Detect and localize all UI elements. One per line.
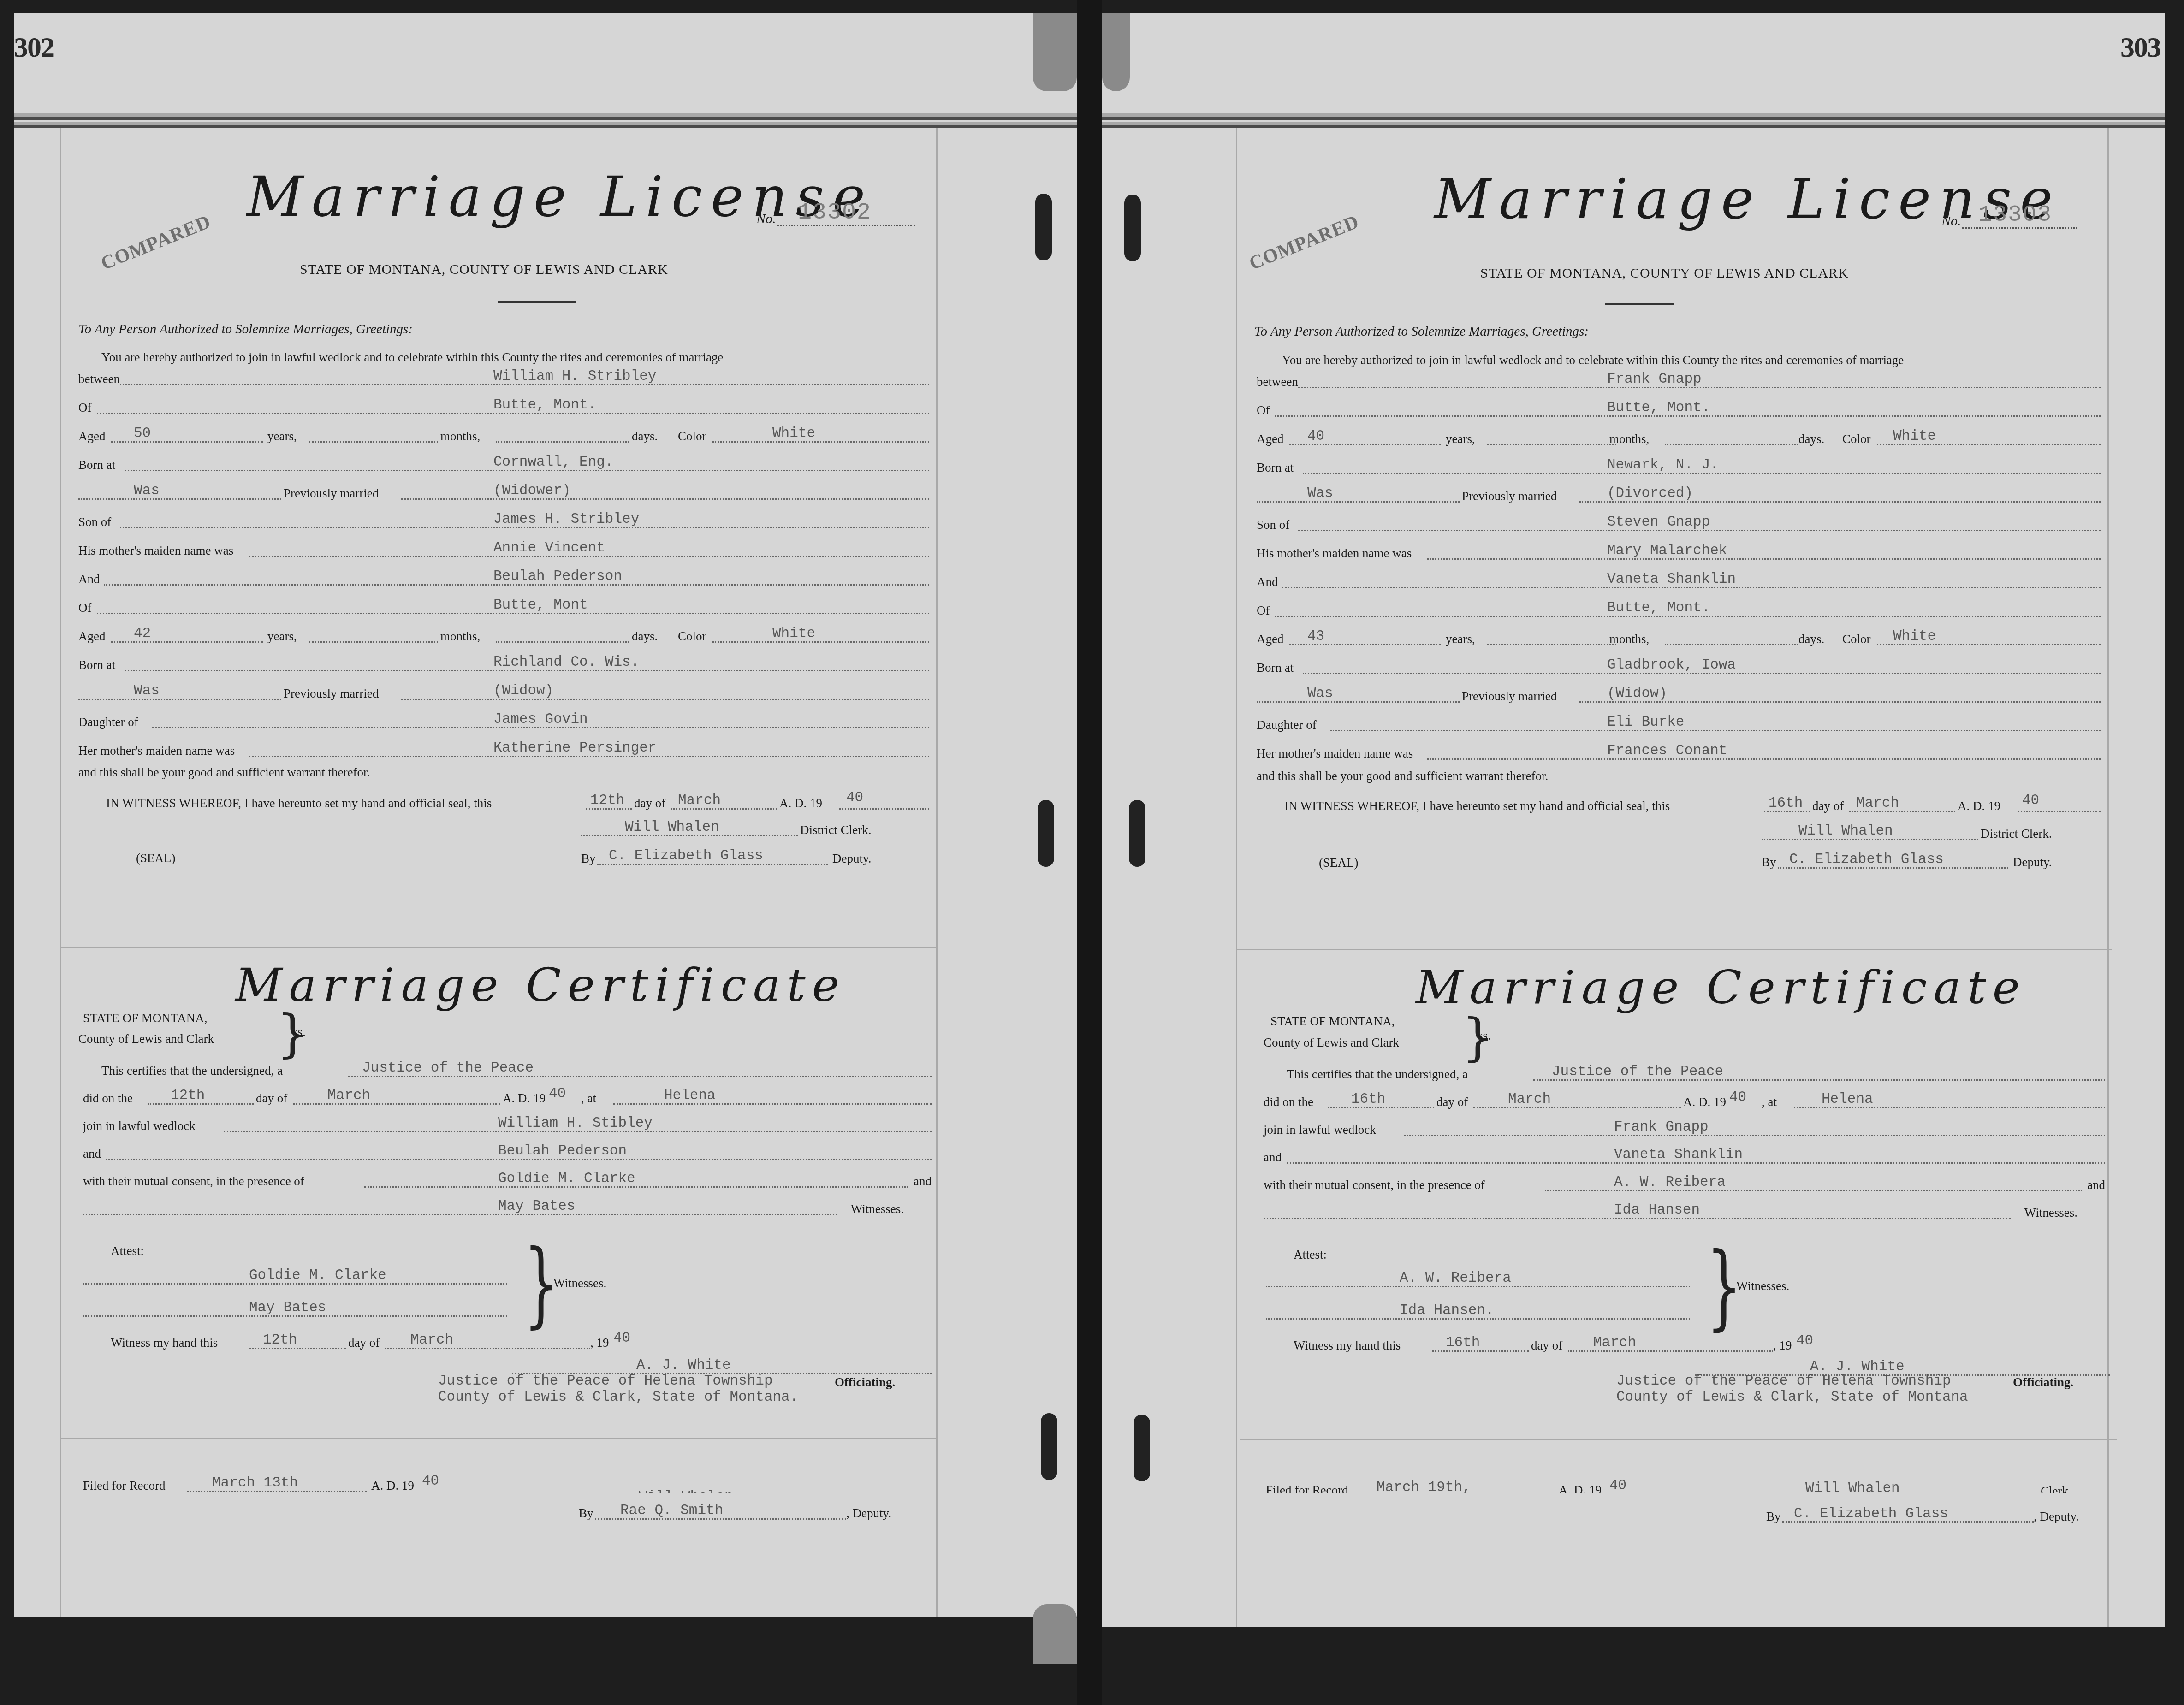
bride-father: Eli Burke — [1607, 714, 1684, 730]
bride-prev-status: (Widow) — [1607, 686, 1667, 702]
groom-prev-married-row: Was Previously married (Divorced) — [1257, 485, 2101, 505]
officiant-name: A. J. White — [636, 1357, 731, 1373]
label-ad: A. D. 19 — [371, 1479, 414, 1493]
cert-date-row: did on the 12th day of March A. D. 19 40… — [83, 1087, 932, 1107]
fill-line — [496, 641, 629, 643]
groom-color: White — [772, 426, 815, 442]
groom-residence: Butte, Mont. — [493, 397, 596, 413]
license-year: 40 — [846, 790, 863, 806]
groom-residence-row: Of Butte, Mont. — [1257, 399, 2101, 420]
label-born-at: Born at — [78, 458, 115, 472]
license-deputy: C. Elizabeth Glass — [609, 848, 763, 864]
groom-age-row: Aged 50 years, months, days. Color White — [78, 425, 929, 445]
authorization-text: You are hereby authorized to join in law… — [101, 350, 723, 365]
label-and: And — [78, 572, 100, 586]
label-year: , 19 — [590, 1336, 609, 1350]
fill-line — [1404, 1135, 2105, 1136]
officiant-line-2: County of Lewis & Clark, State of Montan… — [1616, 1389, 1968, 1405]
groom-age-row: Aged 40 years, months, days. Color White — [1257, 428, 2101, 448]
fill-line — [401, 699, 929, 700]
label-born-at: Born at — [78, 658, 115, 672]
bride-residence-row: Of Butte, Mont — [78, 597, 929, 617]
cert-year: 40 — [1729, 1089, 1746, 1106]
filed-date: March 13th — [212, 1475, 298, 1491]
label-and: and — [83, 1147, 101, 1161]
officiating-label: Officiating. — [2013, 1375, 2073, 1390]
warrant-text: and this shall be your good and sufficie… — [1257, 769, 1548, 783]
groom-birthplace: Cornwall, Eng. — [493, 454, 613, 470]
label-born-at: Born at — [1257, 661, 1294, 675]
license-title: Marriage License — [1434, 167, 2061, 231]
label-previously-married: Previously married — [284, 486, 379, 501]
label-between: between — [78, 372, 120, 386]
cert-groom-row: join in lawful wedlock Frank Gnapp — [1264, 1119, 2105, 1139]
authorization-text: You are hereby authorized to join in law… — [1282, 353, 1904, 367]
fill-line — [401, 498, 929, 500]
greeting: To Any Person Authorized to Solemnize Ma… — [1254, 324, 1589, 339]
page-tab-shadow — [1102, 13, 1130, 91]
label-previously-married: Previously married — [284, 687, 379, 701]
label-day-of: day of — [1531, 1338, 1562, 1353]
cert-witness1-row: with their mutual consent, in the presen… — [1264, 1174, 2105, 1194]
cert-officiant-title-row: This certifies that the undersigned, a J… — [1287, 1063, 2105, 1083]
compared-stamp: COMPARED — [98, 211, 214, 275]
license-day: 16th — [1769, 795, 1803, 811]
label-months: months, — [1609, 432, 1649, 446]
bride-age-row: Aged 42 years, months, days. Color White — [78, 625, 929, 645]
section-divider — [60, 1438, 936, 1439]
margin-line — [936, 1493, 938, 1617]
punch-hole — [1129, 800, 1145, 867]
fill-line — [1257, 501, 1460, 503]
bride-birthplace-row: Born at Gladbrook, Iowa — [1257, 657, 2101, 677]
license-witness-row: IN WITNESS WHEREOF, I have hereunto set … — [1284, 795, 2101, 815]
label-years: years, — [267, 629, 297, 644]
fill-line — [309, 641, 438, 643]
label-join-wedlock: join in lawful wedlock — [83, 1119, 196, 1133]
label-years: years, — [1446, 432, 1475, 446]
attest-1-row: A. W. Reibera — [1266, 1270, 1690, 1290]
bride-name-row: And Beulah Pederson — [78, 568, 929, 588]
fill-line — [1665, 444, 1798, 445]
groom-name: Frank Gnapp — [1607, 371, 1702, 387]
fill-line — [83, 1214, 837, 1215]
groom-name-row: between Frank Gnapp — [1257, 371, 2101, 391]
punch-hole — [1124, 195, 1141, 261]
label-filed: Filed for Record — [83, 1479, 165, 1493]
label-day-of: day of — [1812, 799, 1844, 813]
title-rule — [1605, 303, 1674, 305]
page-number: 303 — [2120, 31, 2160, 64]
license-witness-row: IN WITNESS WHEREOF, I have hereunto set … — [106, 792, 929, 812]
license-no-label: No. — [756, 211, 776, 227]
label-son-of: Son of — [78, 515, 111, 529]
cert-witness-1: Goldie M. Clarke — [498, 1171, 635, 1187]
label-and: and — [914, 1174, 932, 1189]
label-previously-married: Previously married — [1462, 489, 1557, 503]
margin-line — [936, 128, 938, 1493]
officiating-label: Officiating. — [835, 1375, 895, 1390]
bride-name: Beulah Pederson — [493, 568, 622, 585]
title-rule — [498, 301, 576, 303]
label-years: years, — [1446, 632, 1475, 646]
attest-2: Ida Hansen. — [1400, 1302, 1494, 1319]
witness-hand-row: Witness my hand this 12th day of March ,… — [111, 1332, 664, 1352]
attest-witnesses-label: Witnesses. — [553, 1276, 606, 1291]
groom-birthplace: Newark, N. J. — [1607, 457, 1719, 473]
certificate-title: Marriage Certificate — [235, 958, 846, 1012]
bride-birthplace: Gladbrook, Iowa — [1607, 657, 1736, 673]
right-page: 303 COMPARED Marriage License No. 13303 … — [1102, 13, 2165, 1493]
label-son-of: Son of — [1257, 518, 1289, 532]
label-day-of: day of — [256, 1091, 287, 1106]
label-color: Color — [678, 629, 706, 644]
fill-line — [1473, 1107, 1681, 1108]
label-color: Color — [678, 429, 706, 444]
groom-father: James H. Stribley — [493, 511, 639, 527]
bride-name-row: And Vaneta Shanklin — [1257, 571, 2101, 591]
label-deputy: Deputy. — [2013, 855, 2052, 870]
cert-witness-2: May Bates — [498, 1198, 575, 1214]
header-rule — [1102, 125, 2165, 128]
seal-label: (SEAL) — [136, 851, 175, 865]
ss-label: ss. — [293, 1025, 306, 1039]
cert-place: Helena — [1822, 1091, 1873, 1107]
cert-bride: Beulah Pederson — [498, 1143, 627, 1159]
label-and: and — [1264, 1150, 1282, 1165]
filed-row: Filed for Record March 13th A. D. 19 40 — [83, 1474, 498, 1495]
fill-line — [309, 441, 438, 443]
groom-prev-status: (Widower) — [493, 483, 570, 499]
cert-witness-1: A. W. Reibera — [1614, 1174, 1726, 1190]
certificate-title: Marriage Certificate — [1416, 960, 2026, 1014]
groom-birthplace-row: Born at Newark, N. J. — [1257, 456, 2101, 477]
punch-hole — [1134, 1415, 1150, 1481]
label-at: , at — [581, 1091, 596, 1106]
cert-witness2-row: May Bates Witnesses. — [83, 1198, 904, 1218]
margin-line — [60, 128, 61, 1493]
fill-line — [78, 498, 281, 500]
fill-line — [712, 441, 929, 443]
groom-name-row: between William H. Stribley — [78, 368, 929, 388]
hand-month: March — [1593, 1335, 1636, 1351]
groom-father: Steven Gnapp — [1607, 514, 1710, 530]
fill-line — [839, 808, 929, 810]
bride-color: White — [1893, 628, 1936, 645]
label-day-of: day of — [348, 1336, 380, 1350]
cert-bride-row: and Beulah Pederson — [83, 1143, 932, 1163]
label-of: Of — [78, 401, 92, 415]
hand-day: 16th — [1446, 1335, 1480, 1351]
bride-father-row: Daughter of Eli Burke — [1257, 714, 2101, 734]
fill-line — [1330, 730, 2101, 731]
left-page-bottom — [14, 1493, 1077, 1617]
license-title: Marriage License — [247, 165, 873, 229]
bride-residence: Butte, Mont — [493, 597, 588, 613]
bride-residence-row: Of Butte, Mont. — [1257, 599, 2101, 620]
bride-was: Was — [1307, 686, 1333, 702]
section-divider — [1240, 1439, 2117, 1440]
district-clerk: Will Whalen — [1798, 823, 1893, 839]
label-days: days. — [1798, 432, 1824, 446]
groom-prev-status: (Divorced) — [1607, 485, 1693, 502]
label-witness-hand: Witness my hand this — [1294, 1338, 1401, 1353]
fill-line — [364, 1186, 908, 1188]
label-her-mother: Her mother's maiden name was — [78, 744, 235, 758]
hand-year: 40 — [613, 1330, 630, 1346]
section-divider — [1236, 949, 2112, 950]
cert-groom: William H. Stibley — [498, 1115, 653, 1131]
groom-was: Was — [134, 483, 160, 499]
bride-birthplace-row: Born at Richland Co. Wis. — [78, 654, 929, 674]
cert-witness1-row: with their mutual consent, in the presen… — [83, 1170, 932, 1190]
filed-deputy-row: By C. Elizabeth Glass , Deputy. — [1766, 1505, 2089, 1526]
label-previously-married: Previously married — [1462, 689, 1557, 704]
groom-father-row: Son of Steven Gnapp — [1257, 514, 2101, 534]
cert-month: March — [1508, 1091, 1551, 1107]
license-day: 12th — [590, 793, 624, 809]
label-deputy: , Deputy. — [846, 1506, 891, 1521]
label-year: , 19 — [1773, 1338, 1792, 1353]
officiant-line-1: Justice of the Peace of Helena Township — [1616, 1373, 1951, 1389]
filed-deputy: C. Elizabeth Glass — [1794, 1506, 1948, 1522]
label-witnesses: Witnesses. — [2024, 1206, 2077, 1220]
groom-color: White — [1893, 428, 1936, 444]
label-born-at: Born at — [1257, 461, 1294, 475]
fill-line — [1427, 558, 2101, 560]
seal-label: (SEAL) — [1319, 856, 1358, 870]
bride-age: 42 — [134, 626, 151, 642]
bride-mother-row: Her mother's maiden name was Frances Con… — [1257, 742, 2101, 763]
label-aged: Aged — [78, 429, 105, 444]
label-daughter-of: Daughter of — [78, 715, 138, 729]
label-aged: Aged — [1257, 632, 1283, 646]
hand-month: March — [410, 1332, 453, 1348]
attest-witnesses-label: Witnesses. — [1736, 1279, 1789, 1293]
label-witness-whereof: IN WITNESS WHEREOF, I have hereunto set … — [1284, 799, 1670, 813]
fill-line — [2018, 811, 2101, 812]
label-between: between — [1257, 375, 1298, 389]
bride-was: Was — [134, 683, 160, 699]
license-number: 13302 — [798, 200, 872, 226]
groom-age: 40 — [1307, 428, 1324, 444]
filed-deputy: Rae Q. Smith — [620, 1503, 723, 1519]
label-at: , at — [1762, 1095, 1777, 1109]
groom-mother: Annie Vincent — [493, 540, 605, 556]
license-deputy: C. Elizabeth Glass — [1789, 852, 1944, 868]
greeting: To Any Person Authorized to Solemnize Ma… — [78, 322, 413, 337]
label-months: months, — [440, 429, 480, 444]
attest-1: Goldie M. Clarke — [249, 1267, 386, 1284]
label-by: By — [1762, 855, 1776, 870]
attest-2: May Bates — [249, 1300, 326, 1316]
cert-date-row: did on the 16th day of March A. D. 19 40… — [1264, 1091, 2105, 1111]
section-divider — [60, 947, 936, 948]
label-mutual-consent: with their mutual consent, in the presen… — [83, 1174, 304, 1189]
county-label: County of Lewis and Clark — [1264, 1036, 1399, 1050]
label-months: months, — [440, 629, 480, 644]
groom-residence-row: Of Butte, Mont. — [78, 397, 929, 417]
state-of-montana: STATE OF MONTANA, — [83, 1011, 207, 1025]
label-aged: Aged — [1257, 432, 1283, 446]
label-of: Of — [1257, 604, 1270, 618]
compared-stamp: COMPARED — [1246, 211, 1362, 275]
groom-residence: Butte, Mont. — [1607, 400, 1710, 416]
fill-line — [496, 441, 629, 443]
label-witnesses: Witnesses. — [851, 1202, 904, 1216]
bride-color: White — [772, 626, 815, 642]
margin-line — [60, 1493, 61, 1617]
fill-line — [712, 641, 929, 643]
margin-line — [1236, 1493, 1237, 1627]
attest-label: Attest: — [111, 1244, 144, 1258]
cert-day: 16th — [1351, 1091, 1385, 1107]
bride-age-row: Aged 43 years, months, days. Color White — [1257, 628, 2101, 648]
label-aged: Aged — [78, 629, 105, 644]
groom-age: 50 — [134, 426, 151, 442]
label-certifies: This certifies that the undersigned, a — [1287, 1067, 1468, 1082]
officiant-line-1: Justice of the Peace of Helena Township — [438, 1373, 773, 1389]
label-of: Of — [1257, 403, 1270, 418]
officiant-name: A. J. White — [1810, 1359, 1905, 1375]
bride-prev-status: (Widow) — [493, 683, 553, 699]
license-subhead: STATE OF MONTANA, COUNTY OF LEWIS AND CL… — [1480, 266, 1849, 281]
cert-bride-row: and Vaneta Shanklin — [1264, 1146, 2105, 1166]
label-his-mother: His mother's maiden name was — [78, 544, 233, 558]
license-deputy-row: By C. Elizabeth Glass Deputy. — [581, 847, 904, 868]
label-of: Of — [78, 601, 92, 615]
page-tab-shadow — [1033, 1604, 1077, 1664]
cert-groom-row: join in lawful wedlock William H. Stible… — [83, 1115, 932, 1135]
groom-mother-row: His mother's maiden name was Mary Malarc… — [1257, 542, 2101, 562]
groom-mother-row: His mother's maiden name was Annie Vince… — [78, 539, 929, 560]
attest-1: A. W. Reibera — [1400, 1270, 1511, 1286]
district-clerk-row: Will Whalen District Clerk. — [581, 819, 904, 839]
label-by: By — [579, 1506, 593, 1521]
filed-year: 40 — [1609, 1478, 1626, 1494]
label-mutual-consent: with their mutual consent, in the presen… — [1264, 1178, 1485, 1192]
fill-line — [293, 1103, 500, 1105]
label-day-of: day of — [1436, 1095, 1468, 1109]
label-district-clerk: District Clerk. — [800, 823, 871, 837]
bride-mother-row: Her mother's maiden name was Katherine P… — [78, 740, 929, 760]
fill-line — [1487, 444, 1616, 445]
header-rule — [14, 125, 1077, 128]
page-tab-shadow — [1033, 13, 1077, 91]
filed-year: 40 — [422, 1473, 439, 1489]
fill-line — [1257, 701, 1460, 703]
fill-line — [1665, 644, 1798, 645]
cert-officiant-title: Justice of the Peace — [362, 1060, 534, 1076]
margin-line — [2107, 1493, 2109, 1627]
label-certifies: This certifies that the undersigned, a — [101, 1064, 283, 1078]
bride-name: Vaneta Shanklin — [1607, 571, 1736, 587]
book-binding — [1077, 0, 1102, 1705]
bride-age: 43 — [1307, 628, 1324, 645]
cert-year: 40 — [549, 1086, 566, 1102]
bride-father: James Govin — [493, 711, 588, 728]
label-months: months, — [1609, 632, 1649, 646]
license-subhead: STATE OF MONTANA, COUNTY OF LEWIS AND CL… — [300, 262, 668, 278]
label-ad: A. D. 19 — [1683, 1095, 1726, 1109]
fill-line — [1487, 644, 1616, 645]
label-ad: A. D. 19 — [503, 1091, 546, 1106]
bride-prev-married-row: Was Previously married (Widow) — [1257, 685, 2101, 705]
cert-day: 12th — [171, 1088, 205, 1104]
fill-line — [613, 1103, 932, 1105]
cert-groom: Frank Gnapp — [1614, 1119, 1709, 1135]
warrant-text: and this shall be your good and sufficie… — [78, 765, 370, 780]
label-days: days. — [632, 629, 658, 644]
attest-label: Attest: — [1294, 1248, 1327, 1262]
attest-2-row: May Bates — [83, 1299, 507, 1320]
label-days: days. — [632, 429, 658, 444]
punch-hole — [1038, 800, 1054, 867]
cert-bride: Vaneta Shanklin — [1614, 1147, 1743, 1163]
groom-was: Was — [1307, 485, 1333, 502]
license-title-text: Marriage License — [247, 165, 873, 229]
license-deputy-row: By C. Elizabeth Glass Deputy. — [1762, 851, 2084, 871]
bride-birthplace: Richland Co. Wis. — [493, 654, 639, 670]
groom-name: William H. Stribley — [493, 368, 656, 385]
label-daughter-of: Daughter of — [1257, 718, 1317, 732]
groom-prev-married-row: Was Previously married (Widower) — [78, 482, 929, 503]
bride-mother: Frances Conant — [1607, 743, 1727, 759]
label-ad: A. D. 19 — [1958, 799, 2000, 813]
margin-line — [2107, 128, 2109, 1493]
label-color: Color — [1842, 632, 1871, 646]
cert-month: March — [327, 1088, 370, 1104]
label-deputy: Deputy. — [832, 852, 871, 866]
header-rule — [1102, 117, 2165, 120]
punch-hole — [1041, 1413, 1057, 1480]
bride-residence: Butte, Mont. — [1607, 600, 1710, 616]
label-deputy: , Deputy. — [2034, 1510, 2079, 1524]
label-did-on-the: did on the — [83, 1091, 133, 1106]
label-his-mother: His mother's maiden name was — [1257, 546, 1412, 561]
label-witness-whereof: IN WITNESS WHEREOF, I have hereunto set … — [106, 796, 492, 811]
cert-place: Helena — [664, 1088, 716, 1104]
label-color: Color — [1842, 432, 1871, 446]
header-rule — [14, 117, 1077, 120]
license-month: March — [678, 793, 721, 809]
label-and: and — [2087, 1178, 2105, 1192]
label-day-of: day of — [634, 796, 665, 811]
hand-day: 12th — [263, 1332, 297, 1348]
filed-deputy-row: By Rae Q. Smith , Deputy. — [579, 1502, 902, 1522]
ss-label: ss. — [1478, 1029, 1491, 1043]
label-did-on-the: did on the — [1264, 1095, 1313, 1109]
license-year: 40 — [2022, 793, 2039, 809]
bride-mother: Katherine Persinger — [493, 740, 656, 756]
label-days: days. — [1798, 632, 1824, 646]
district-clerk-row: Will Whalen District Clerk. — [1762, 823, 2084, 843]
punch-hole — [1035, 194, 1052, 260]
bride-prev-married-row: Was Previously married (Widow) — [78, 682, 929, 703]
groom-mother: Mary Malarchek — [1607, 543, 1727, 559]
label-witness-hand: Witness my hand this — [111, 1336, 218, 1350]
hand-year: 40 — [1796, 1333, 1813, 1349]
page-number: 302 — [14, 31, 54, 64]
label-by: By — [1766, 1510, 1781, 1524]
fill-line — [78, 699, 281, 700]
label-and: And — [1257, 575, 1278, 589]
attest-1-row: Goldie M. Clarke — [83, 1267, 507, 1287]
label-join-wedlock: join in lawful wedlock — [1264, 1123, 1376, 1137]
county-label: County of Lewis and Clark — [78, 1032, 214, 1046]
label-by: By — [581, 852, 596, 866]
license-no-label: No. — [1941, 213, 1961, 229]
